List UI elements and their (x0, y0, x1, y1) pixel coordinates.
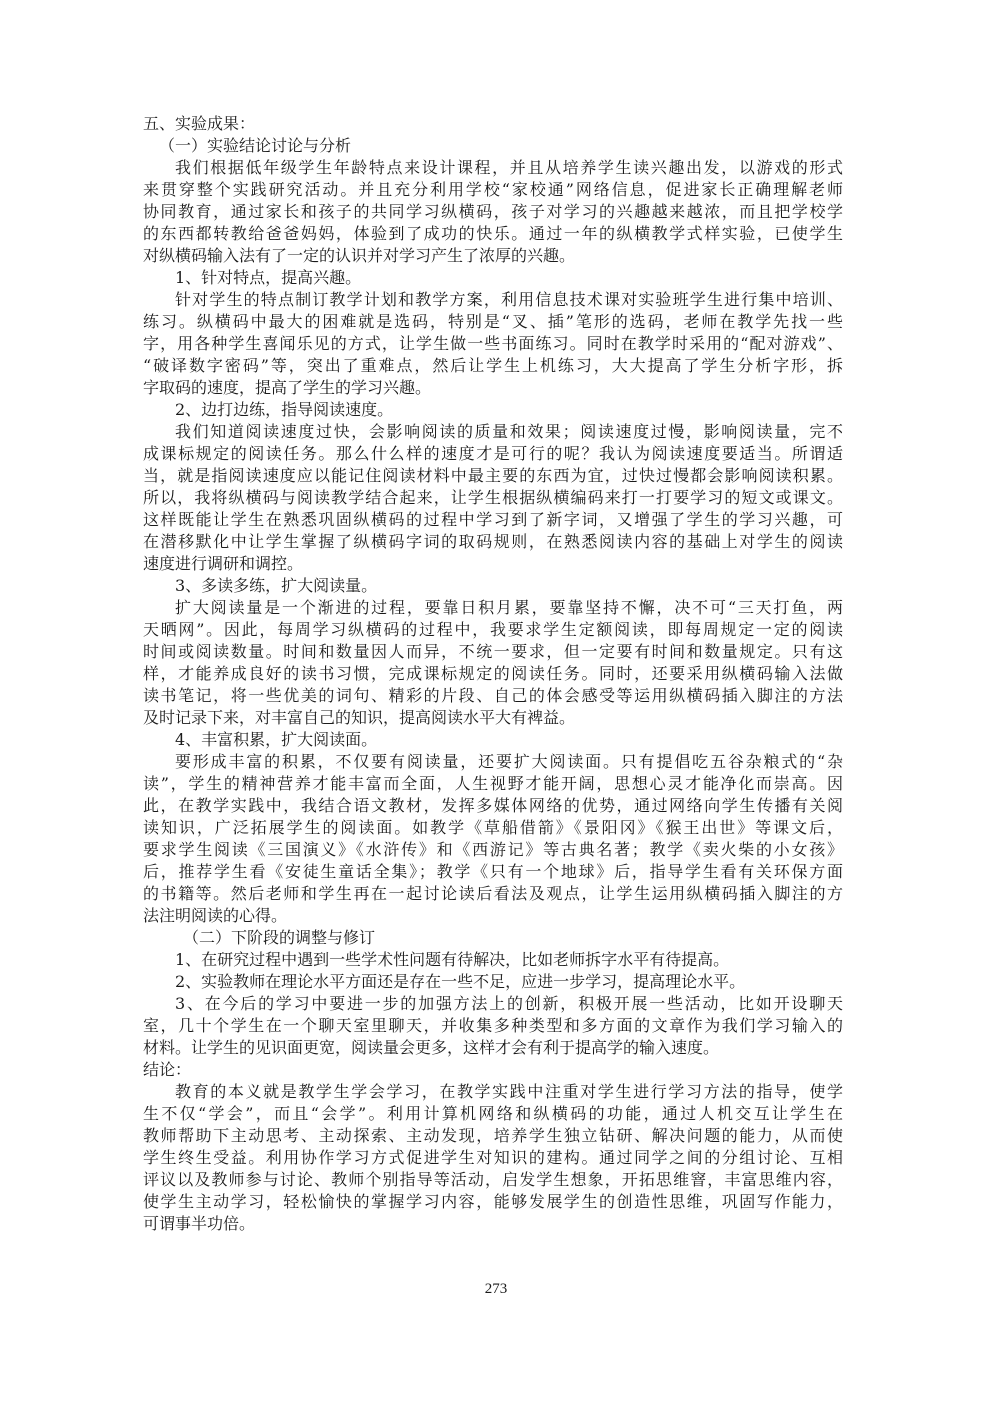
subsection-heading-2: （二）下阶段的调整与修订 (143, 927, 843, 949)
text-line: 这样既能让学生在熟悉巩固纵横码的过程中学习到了新字词，又增强了学生的学习兴趣，可 (143, 509, 843, 531)
intro-paragraph: 我们根据低年级学生年龄特点来设计课程，并且从培养学生读兴趣出发，以游戏的形式 来… (143, 157, 843, 267)
text-line: 评议以及教师参与讨论、教师个别指导等活动，启发学生想象，开拓思维窨，丰富思维内容… (143, 1169, 843, 1191)
page-number: 273 (0, 1281, 992, 1298)
revision-item-2: 2、实验教师在理论水平方面还是存在一些不足，应进一步学习，提高理论水平。 (143, 971, 843, 993)
text-line: 3、在今后的学习中要进一步的加强方法上的创新，积极开展一些活动，比如开设聊天 (143, 993, 843, 1015)
revision-item-3: 3、在今后的学习中要进一步的加强方法上的创新，积极开展一些活动，比如开设聊天 室… (143, 993, 843, 1059)
text-line: 室，几十个学生在一个聊天室里聊天，并收集多种类型和多方面的文章作为我们学习输入的 (143, 1015, 843, 1037)
text-line: 生不仅“学会”，而且“会学”。利用计算机网络和纵横码的功能，通过人机交互让学生在 (143, 1103, 843, 1125)
text-line: 扩大阅读量是一个渐进的过程，要靠日积月累，要靠坚持不懈，决不可“三天打鱼，两 (143, 597, 843, 619)
text-line: 读书笔记，将一些优美的词句、精彩的片段、自己的体会感受等运用纵横码插入脚注的方法 (143, 685, 843, 707)
item-heading-4: 4、丰富积累，扩大阅读面。 (143, 729, 843, 751)
text-line: 来贯穿整个实践研究活动。并且充分利用学校“家校通”网络信息，促进家长正确理解老师 (143, 179, 843, 201)
text-line: 的东西都转教给爸爸妈妈，体验到了成功的快乐。通过一年的纵横教学式样实验，已使学生 (143, 223, 843, 245)
text-line: 及时记录下来，对丰富自己的知识，提高阅读水平大有裨益。 (143, 707, 843, 729)
text-line: 教师帮助下主动思考、主动探索、主动发现，培养学生独立钻研、解决问题的能力，从而使 (143, 1125, 843, 1147)
text-line: 速度进行调研和调控。 (143, 553, 843, 575)
item-paragraph-3: 扩大阅读量是一个渐进的过程，要靠日积月累，要靠坚持不懈，决不可“三天打鱼，两 天… (143, 597, 843, 729)
text-line: 字，用各种学生喜闻乐见的方式，让学生做一些书面练习。同时在教学时采用的“配对游戏… (143, 333, 843, 355)
conclusion-paragraph: 教育的本义就是教学生学会学习，在教学实践中注重对学生进行学习方法的指导，使学 生… (143, 1081, 843, 1235)
text-line: 材料。让学生的见识面更宽，阅读量会更多，这样才会有利于提高学的输入速度。 (143, 1037, 843, 1059)
text-line: 可谓事半功倍。 (143, 1213, 843, 1235)
text-line: “破译数字密码”等，突出了重难点，然后让学生上机练习，大大提高了学生分析字形，拆 (143, 355, 843, 377)
text-line: 要求学生阅读《三国演义》《水浒传》和《西游记》等古典名著；教学《卖火柴的小女孩》 (143, 839, 843, 861)
text-line: 成课标规定的阅读任务。那么什么样的速度才是可行的呢？我认为阅读速度要适当。所谓适 (143, 443, 843, 465)
text-line: 在潜移默化中让学生掌握了纵横码字词的取码规则，在熟悉阅读内容的基础上对学生的阅读 (143, 531, 843, 553)
item-heading-3: 3、多读多练，扩大阅读量。 (143, 575, 843, 597)
text-line: 天晒网”。因此，每周学习纵横码的过程中，我要求学生定额阅读，即每周规定一定的阅读 (143, 619, 843, 641)
text-line: 练习。纵横码中最大的困难就是选码，特别是“叉、插”笔形的选码，老师在教学先找一些 (143, 311, 843, 333)
text-line: 我们根据低年级学生年龄特点来设计课程，并且从培养学生读兴趣出发，以游戏的形式 (143, 157, 843, 179)
item-paragraph-1: 针对学生的特点制订教学计划和教学方案，利用信息技术课对实验班学生进行集中培训、 … (143, 289, 843, 399)
text-line: 时间或阅读数量。时间和数量因人而异，不统一要求，但一定要有时间和数量规定。只有这 (143, 641, 843, 663)
text-line: 此，在教学实践中，我结合语文教材，发挥多媒体网络的优势，通过网络向学生传播有关阅 (143, 795, 843, 817)
text-line: 字取码的速度，提高了学生的学习兴趣。 (143, 377, 843, 399)
text-line: 样，才能养成良好的读书习惯，完成课标规定的阅读任务。同时，还要采用纵横码输入法做 (143, 663, 843, 685)
conclusion-heading: 结论： (143, 1059, 843, 1081)
text-line: 后，推荐学生看《安徒生童话全集》；教学《只有一个地球》后，指导学生看有关环保方面 (143, 861, 843, 883)
text-line: 使学生主动学习，轻松愉快的掌握学习内容，能够发展学生的创造性思维，巩固写作能力， (143, 1191, 843, 1213)
text-line: 法注明阅读的心得。 (143, 905, 843, 927)
text-line: 针对学生的特点制订教学计划和教学方案，利用信息技术课对实验班学生进行集中培训、 (143, 289, 843, 311)
text-line: 教育的本义就是教学生学会学习，在教学实践中注重对学生进行学习方法的指导，使学 (143, 1081, 843, 1103)
text-line: 我们知道阅读速度过快，会影响阅读的质量和效果；阅读速度过慢，影响阅读量，完不 (143, 421, 843, 443)
section-title: 五、实验成果： (143, 113, 843, 135)
item-paragraph-2: 我们知道阅读速度过快，会影响阅读的质量和效果；阅读速度过慢，影响阅读量，完不 成… (143, 421, 843, 575)
document-page: 五、实验成果： （一）实验结论讨论与分析 我们根据低年级学生年龄特点来设计课程，… (143, 113, 843, 1235)
text-line: 读知识，广泛拓展学生的阅读面。如教学《草船借箭》《景阳冈》《猴王出世》等课文后， (143, 817, 843, 839)
revision-item-1: 1、在研究过程中遇到一些学术性问题有待解决，比如老师拆字水平有待提高。 (143, 949, 843, 971)
text-line: 所以，我将纵横码与阅读教学结合起来，让学生根据纵横编码来打一打要学习的短文或课文… (143, 487, 843, 509)
item-paragraph-4: 要形成丰富的积累，不仅要有阅读量，还要扩大阅读面。只有提倡吃五谷杂粮式的“杂 读… (143, 751, 843, 927)
item-heading-1: 1、针对特点，提高兴趣。 (143, 267, 843, 289)
text-line: 的书籍等。然后老师和学生再在一起讨论读后看法及观点，让学生运用纵横码插入脚注的方 (143, 883, 843, 905)
item-heading-2: 2、边打边练，指导阅读速度。 (143, 399, 843, 421)
text-line: 要形成丰富的积累，不仅要有阅读量，还要扩大阅读面。只有提倡吃五谷杂粮式的“杂 (143, 751, 843, 773)
text-line: 当，就是指阅读速度应以能记住阅读材料中最主要的东西为宜，过快过慢都会影响阅读积累… (143, 465, 843, 487)
text-line: 对纵横码输入法有了一定的认识并对学习产生了浓厚的兴趣。 (143, 245, 843, 267)
text-line: 协同教育，通过家长和孩子的共同学习纵横码，孩子对学习的兴趣越来越浓，而且把学校学 (143, 201, 843, 223)
subsection-heading-1: （一）实验结论讨论与分析 (143, 135, 843, 157)
text-line: 学生终生受益。利用协作学习方式促进学生对知识的建构。通过同学之间的分组讨论、互相 (143, 1147, 843, 1169)
text-line: 读”，学生的精神营养才能丰富而全面，人生视野才能开阔，思想心灵才能净化而崇高。因 (143, 773, 843, 795)
